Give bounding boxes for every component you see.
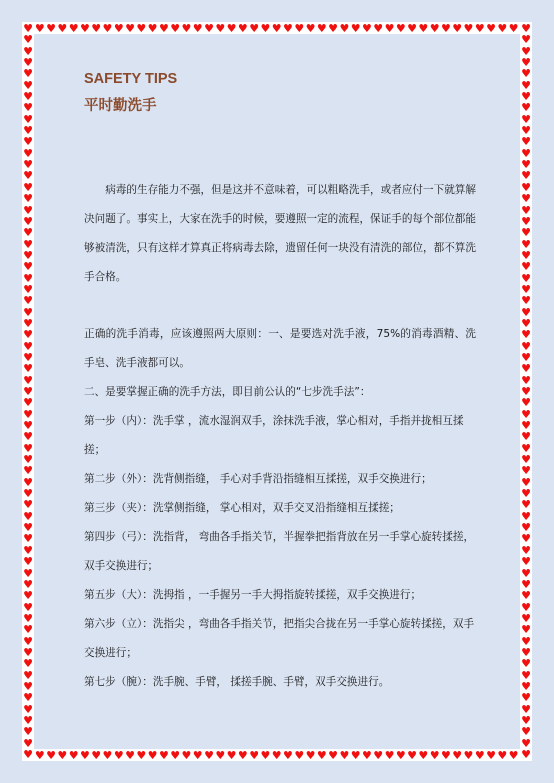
heart-icon: ♥ bbox=[23, 125, 34, 136]
heart-icon: ♥ bbox=[23, 239, 34, 250]
heart-icon: ♥ bbox=[521, 545, 532, 556]
heart-icon: ♥ bbox=[192, 750, 203, 761]
document-content: SAFETY TIPS 平时勤洗手 病毒的生存能力不强，但是这并不意味着，可以粗… bbox=[84, 70, 476, 697]
title-chinese: 平时勤洗手 bbox=[84, 97, 476, 115]
heart-icon: ♥ bbox=[23, 216, 34, 227]
heart-icon: ♥ bbox=[521, 704, 532, 715]
heart-icon: ♥ bbox=[204, 750, 215, 761]
heart-icon: ♥ bbox=[23, 568, 34, 579]
heart-icon: ♥ bbox=[521, 443, 532, 454]
heart-icon: ♥ bbox=[147, 750, 158, 761]
principle-one-paragraph: 正确的洗手消毒，应该遵照两大原则：一、是要选对洗手液，75%的消毒酒精、洗手皂、… bbox=[84, 320, 476, 378]
heart-icon: ♥ bbox=[508, 23, 519, 34]
heart-icon: ♥ bbox=[486, 750, 497, 761]
heart-icon: ♥ bbox=[23, 136, 34, 147]
heart-icon: ♥ bbox=[237, 750, 248, 761]
heart-icon: ♥ bbox=[23, 46, 34, 57]
heart-icon: ♥ bbox=[521, 499, 532, 510]
heart-icon: ♥ bbox=[521, 658, 532, 669]
heart-icon: ♥ bbox=[521, 170, 532, 181]
heart-icon: ♥ bbox=[521, 454, 532, 465]
heart-icon: ♥ bbox=[521, 738, 532, 749]
heart-icon: ♥ bbox=[305, 23, 316, 34]
heart-icon: ♥ bbox=[23, 431, 34, 442]
heart-icon: ♥ bbox=[136, 750, 147, 761]
heart-icon: ♥ bbox=[282, 750, 293, 761]
heart-icon: ♥ bbox=[226, 23, 237, 34]
heart-icon: ♥ bbox=[23, 80, 34, 91]
heart-icon: ♥ bbox=[305, 750, 316, 761]
step-5: 第五步（大）：洗拇指 ，一手握另一手大拇指旋转揉搓，双手交换进行； bbox=[84, 581, 476, 610]
heart-border-left: ♥♥♥♥♥♥♥♥♥♥♥♥♥♥♥♥♥♥♥♥♥♥♥♥♥♥♥♥♥♥♥♥♥♥♥♥♥♥♥♥… bbox=[22, 22, 34, 761]
heart-icon: ♥ bbox=[452, 750, 463, 761]
heart-icon: ♥ bbox=[521, 329, 532, 340]
heart-icon: ♥ bbox=[23, 34, 34, 45]
heart-icon: ♥ bbox=[521, 114, 532, 125]
heart-icon: ♥ bbox=[521, 261, 532, 272]
heart-icon: ♥ bbox=[418, 23, 429, 34]
heart-icon: ♥ bbox=[316, 23, 327, 34]
heart-icon: ♥ bbox=[521, 397, 532, 408]
heart-icon: ♥ bbox=[407, 750, 418, 761]
heart-icon: ♥ bbox=[46, 750, 57, 761]
heart-icon: ♥ bbox=[463, 23, 474, 34]
heart-icon: ♥ bbox=[521, 568, 532, 579]
heart-icon: ♥ bbox=[521, 511, 532, 522]
heart-icon: ♥ bbox=[350, 750, 361, 761]
heart-icon: ♥ bbox=[497, 750, 508, 761]
heart-icon: ♥ bbox=[57, 750, 68, 761]
heart-icon: ♥ bbox=[521, 465, 532, 476]
heart-icon: ♥ bbox=[521, 193, 532, 204]
heart-icon: ♥ bbox=[521, 352, 532, 363]
heart-icon: ♥ bbox=[521, 205, 532, 216]
heart-icon: ♥ bbox=[23, 670, 34, 681]
heart-icon: ♥ bbox=[23, 329, 34, 340]
heart-icon: ♥ bbox=[23, 511, 34, 522]
heart-icon: ♥ bbox=[521, 681, 532, 692]
heart-icon: ♥ bbox=[361, 23, 372, 34]
heart-icon: ♥ bbox=[204, 23, 215, 34]
heart-icon: ♥ bbox=[339, 23, 350, 34]
heart-icon: ♥ bbox=[294, 23, 305, 34]
heart-icon: ♥ bbox=[23, 318, 34, 329]
heart-icon: ♥ bbox=[23, 613, 34, 624]
heart-icon: ♥ bbox=[282, 23, 293, 34]
heart-icon: ♥ bbox=[384, 23, 395, 34]
heart-icon: ♥ bbox=[429, 23, 440, 34]
heart-icon: ♥ bbox=[521, 216, 532, 227]
heart-icon: ♥ bbox=[23, 386, 34, 397]
heart-icon: ♥ bbox=[260, 23, 271, 34]
heart-icon: ♥ bbox=[46, 23, 57, 34]
heart-icon: ♥ bbox=[23, 148, 34, 159]
heart-icon: ♥ bbox=[429, 750, 440, 761]
heart-icon: ♥ bbox=[23, 590, 34, 601]
heart-icon: ♥ bbox=[125, 750, 136, 761]
heart-icon: ♥ bbox=[497, 23, 508, 34]
heart-icon: ♥ bbox=[521, 295, 532, 306]
heart-icon: ♥ bbox=[23, 533, 34, 544]
heart-icon: ♥ bbox=[23, 647, 34, 658]
step-4: 第四步（弓）：洗指背， 弯曲各手指关节，半握拳把指背放在另一手掌心旋转揉搓，双手… bbox=[84, 523, 476, 581]
title-english: SAFETY TIPS bbox=[84, 70, 476, 88]
heart-icon: ♥ bbox=[23, 227, 34, 238]
step-2: 第二步（外）：洗背侧指缝， 手心对手背沿指缝相互揉搓，双手交换进行； bbox=[84, 465, 476, 494]
heart-icon: ♥ bbox=[328, 750, 339, 761]
heart-icon: ♥ bbox=[23, 602, 34, 613]
heart-icon: ♥ bbox=[521, 182, 532, 193]
heart-icon: ♥ bbox=[521, 23, 532, 34]
heart-icon: ♥ bbox=[125, 23, 136, 34]
heart-icon: ♥ bbox=[23, 193, 34, 204]
heart-icon: ♥ bbox=[521, 46, 532, 57]
heart-border-right: ♥♥♥♥♥♥♥♥♥♥♥♥♥♥♥♥♥♥♥♥♥♥♥♥♥♥♥♥♥♥♥♥♥♥♥♥♥♥♥♥… bbox=[520, 22, 532, 761]
heart-icon: ♥ bbox=[79, 750, 90, 761]
heart-icon: ♥ bbox=[521, 692, 532, 703]
heart-icon: ♥ bbox=[23, 454, 34, 465]
heart-icon: ♥ bbox=[23, 170, 34, 181]
heart-icon: ♥ bbox=[474, 750, 485, 761]
heart-icon: ♥ bbox=[294, 750, 305, 761]
heart-icon: ♥ bbox=[521, 670, 532, 681]
heart-icon: ♥ bbox=[23, 250, 34, 261]
heart-icon: ♥ bbox=[158, 23, 169, 34]
heart-icon: ♥ bbox=[57, 23, 68, 34]
heart-icon: ♥ bbox=[34, 750, 45, 761]
heart-icon: ♥ bbox=[136, 23, 147, 34]
heart-icon: ♥ bbox=[23, 57, 34, 68]
heart-icon: ♥ bbox=[521, 375, 532, 386]
heart-icon: ♥ bbox=[23, 499, 34, 510]
heart-icon: ♥ bbox=[440, 23, 451, 34]
heart-icon: ♥ bbox=[271, 23, 282, 34]
heart-icon: ♥ bbox=[23, 658, 34, 669]
heart-icon: ♥ bbox=[102, 23, 113, 34]
heart-icon: ♥ bbox=[521, 579, 532, 590]
heart-icon: ♥ bbox=[508, 750, 519, 761]
heart-icon: ♥ bbox=[521, 613, 532, 624]
heart-icon: ♥ bbox=[521, 488, 532, 499]
heart-icon: ♥ bbox=[23, 749, 34, 760]
heart-icon: ♥ bbox=[373, 23, 384, 34]
heart-icon: ♥ bbox=[23, 443, 34, 454]
heart-icon: ♥ bbox=[418, 750, 429, 761]
heart-icon: ♥ bbox=[521, 341, 532, 352]
heart-icon: ♥ bbox=[260, 750, 271, 761]
heart-icon: ♥ bbox=[23, 159, 34, 170]
heart-icon: ♥ bbox=[350, 23, 361, 34]
heart-icon: ♥ bbox=[521, 34, 532, 45]
heart-icon: ♥ bbox=[521, 386, 532, 397]
heart-icon: ♥ bbox=[249, 750, 260, 761]
heart-icon: ♥ bbox=[521, 68, 532, 79]
heart-icon: ♥ bbox=[339, 750, 350, 761]
heart-icon: ♥ bbox=[181, 23, 192, 34]
heart-icon: ♥ bbox=[23, 681, 34, 692]
heart-icon: ♥ bbox=[23, 420, 34, 431]
heart-icon: ♥ bbox=[521, 159, 532, 170]
heart-icon: ♥ bbox=[395, 750, 406, 761]
heart-icon: ♥ bbox=[23, 261, 34, 272]
heart-icon: ♥ bbox=[23, 295, 34, 306]
heart-icon: ♥ bbox=[23, 636, 34, 647]
heart-icon: ♥ bbox=[521, 624, 532, 635]
heart-icon: ♥ bbox=[113, 750, 124, 761]
heart-icon: ♥ bbox=[68, 23, 79, 34]
heart-icon: ♥ bbox=[23, 375, 34, 386]
heart-icon: ♥ bbox=[521, 431, 532, 442]
heart-icon: ♥ bbox=[373, 750, 384, 761]
heart-icon: ♥ bbox=[395, 23, 406, 34]
heart-icon: ♥ bbox=[23, 23, 34, 34]
step-7: 第七步（腕）：洗手腕、手臂， 揉搓手腕、手臂，双手交换进行。 bbox=[84, 668, 476, 697]
heart-icon: ♥ bbox=[521, 125, 532, 136]
heart-icon: ♥ bbox=[23, 465, 34, 476]
heart-icon: ♥ bbox=[521, 284, 532, 295]
heart-border-bottom: ♥♥♥♥♥♥♥♥♥♥♥♥♥♥♥♥♥♥♥♥♥♥♥♥♥♥♥♥♥♥♥♥♥♥♥♥♥♥♥♥… bbox=[22, 749, 532, 761]
heart-icon: ♥ bbox=[521, 363, 532, 374]
heart-icon: ♥ bbox=[521, 556, 532, 567]
heart-icon: ♥ bbox=[23, 704, 34, 715]
heart-border-top: ♥♥♥♥♥♥♥♥♥♥♥♥♥♥♥♥♥♥♥♥♥♥♥♥♥♥♥♥♥♥♥♥♥♥♥♥♥♥♥♥… bbox=[22, 22, 532, 34]
step-1: 第一步（内）：洗手掌 ，流水湿润双手，涂抹洗手液，掌心相对，手指并拢相互揉搓； bbox=[84, 407, 476, 465]
heart-icon: ♥ bbox=[23, 397, 34, 408]
heart-icon: ♥ bbox=[249, 23, 260, 34]
heart-icon: ♥ bbox=[23, 352, 34, 363]
heart-icon: ♥ bbox=[34, 23, 45, 34]
heart-icon: ♥ bbox=[521, 533, 532, 544]
heart-icon: ♥ bbox=[68, 750, 79, 761]
heart-icon: ♥ bbox=[23, 273, 34, 284]
heart-icon: ♥ bbox=[23, 114, 34, 125]
heart-icon: ♥ bbox=[102, 750, 113, 761]
heart-icon: ♥ bbox=[440, 750, 451, 761]
heart-icon: ♥ bbox=[91, 23, 102, 34]
heart-icon: ♥ bbox=[158, 750, 169, 761]
heart-icon: ♥ bbox=[23, 341, 34, 352]
heart-icon: ♥ bbox=[521, 409, 532, 420]
heart-icon: ♥ bbox=[23, 182, 34, 193]
heart-icon: ♥ bbox=[23, 284, 34, 295]
heart-icon: ♥ bbox=[521, 307, 532, 318]
heart-icon: ♥ bbox=[91, 750, 102, 761]
heart-icon: ♥ bbox=[79, 23, 90, 34]
heart-icon: ♥ bbox=[521, 477, 532, 488]
heart-icon: ♥ bbox=[361, 750, 372, 761]
heart-icon: ♥ bbox=[23, 522, 34, 533]
heart-icon: ♥ bbox=[521, 590, 532, 601]
heart-icon: ♥ bbox=[23, 624, 34, 635]
heart-icon: ♥ bbox=[23, 307, 34, 318]
heart-icon: ♥ bbox=[23, 91, 34, 102]
heart-icon: ♥ bbox=[23, 726, 34, 737]
heart-icon: ♥ bbox=[316, 750, 327, 761]
heart-icon: ♥ bbox=[23, 102, 34, 113]
heart-icon: ♥ bbox=[521, 749, 532, 760]
heart-icon: ♥ bbox=[23, 692, 34, 703]
heart-icon: ♥ bbox=[237, 23, 248, 34]
step-6: 第六步（立）：洗指尖 ，弯曲各手指关节，把指尖合拢在另一手掌心旋转揉搓，双手交换… bbox=[84, 610, 476, 668]
heart-icon: ♥ bbox=[407, 23, 418, 34]
heart-icon: ♥ bbox=[23, 488, 34, 499]
heart-icon: ♥ bbox=[452, 23, 463, 34]
heart-icon: ♥ bbox=[113, 23, 124, 34]
heart-icon: ♥ bbox=[521, 80, 532, 91]
heart-icon: ♥ bbox=[521, 57, 532, 68]
heart-icon: ♥ bbox=[271, 750, 282, 761]
heart-icon: ♥ bbox=[181, 750, 192, 761]
heart-icon: ♥ bbox=[486, 23, 497, 34]
heart-icon: ♥ bbox=[384, 750, 395, 761]
heart-icon: ♥ bbox=[170, 750, 181, 761]
heart-icon: ♥ bbox=[170, 23, 181, 34]
heart-icon: ♥ bbox=[474, 23, 485, 34]
heart-icon: ♥ bbox=[521, 250, 532, 261]
heart-icon: ♥ bbox=[23, 738, 34, 749]
heart-icon: ♥ bbox=[23, 556, 34, 567]
heart-icon: ♥ bbox=[521, 91, 532, 102]
heart-icon: ♥ bbox=[23, 68, 34, 79]
heart-icon: ♥ bbox=[23, 579, 34, 590]
heart-icon: ♥ bbox=[521, 227, 532, 238]
heart-icon: ♥ bbox=[521, 318, 532, 329]
heart-icon: ♥ bbox=[521, 647, 532, 658]
heart-icon: ♥ bbox=[521, 239, 532, 250]
heart-icon: ♥ bbox=[521, 102, 532, 113]
heart-icon: ♥ bbox=[521, 715, 532, 726]
heart-icon: ♥ bbox=[23, 545, 34, 556]
heart-icon: ♥ bbox=[23, 477, 34, 488]
heart-icon: ♥ bbox=[521, 148, 532, 159]
heart-icon: ♥ bbox=[23, 205, 34, 216]
heart-icon: ♥ bbox=[521, 136, 532, 147]
intro-paragraph: 病毒的生存能力不强，但是这并不意味着，可以粗略洗手，或者应付一下就算解决问题了。… bbox=[84, 176, 476, 292]
step-3: 第三步（夹）：洗掌侧指缝， 掌心相对，双手交叉沿指缝相互揉搓； bbox=[84, 494, 476, 523]
heart-icon: ♥ bbox=[521, 602, 532, 613]
heart-icon: ♥ bbox=[23, 409, 34, 420]
heart-icon: ♥ bbox=[23, 363, 34, 374]
heart-icon: ♥ bbox=[147, 23, 158, 34]
heart-icon: ♥ bbox=[192, 23, 203, 34]
heart-icon: ♥ bbox=[226, 750, 237, 761]
heart-icon: ♥ bbox=[23, 715, 34, 726]
heart-icon: ♥ bbox=[521, 636, 532, 647]
heart-icon: ♥ bbox=[463, 750, 474, 761]
heart-icon: ♥ bbox=[215, 23, 226, 34]
heart-icon: ♥ bbox=[328, 23, 339, 34]
heart-icon: ♥ bbox=[215, 750, 226, 761]
heart-icon: ♥ bbox=[521, 420, 532, 431]
heart-icon: ♥ bbox=[521, 522, 532, 533]
heart-icon: ♥ bbox=[521, 726, 532, 737]
heart-icon: ♥ bbox=[521, 273, 532, 284]
principle-two-paragraph: 二、是要掌握正确的洗手方法，即目前公认的“七步洗手法”： bbox=[84, 378, 476, 407]
